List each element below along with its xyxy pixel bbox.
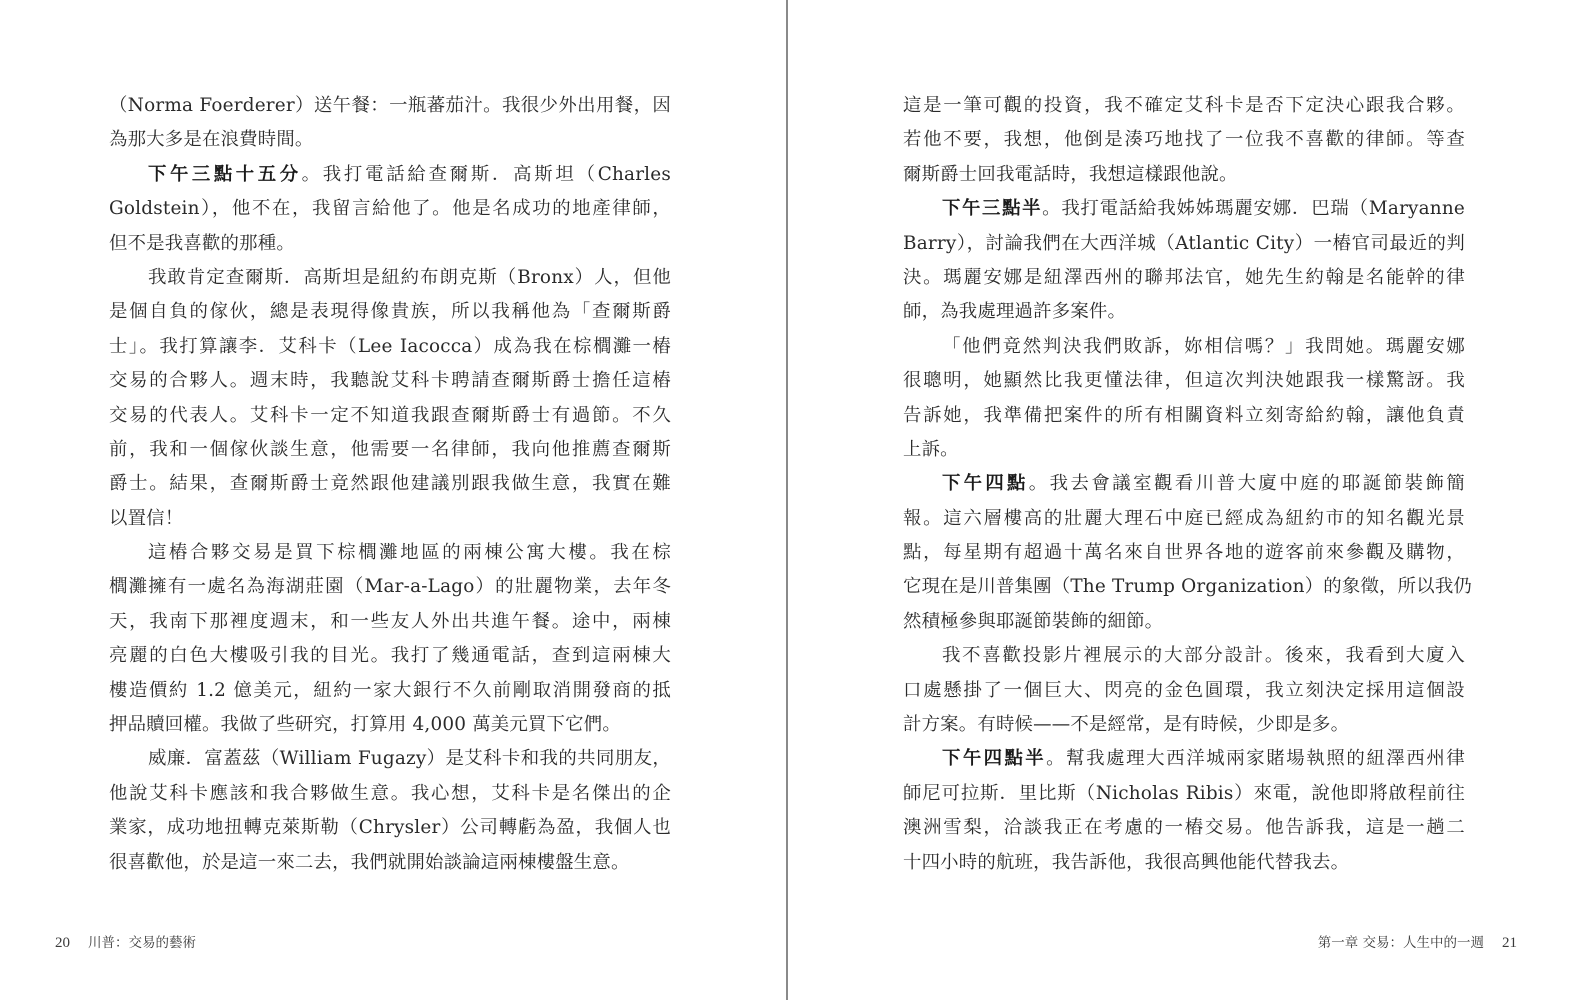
left-page: （Norma Foerderer）送午餐：一瓶蕃茄汁。我很少外出用餐，因為那大多… — [0, 0, 787, 1000]
text-line: 報。這六層樓高的壯麗大理石中庭已經成為紐約市的知名觀光景 — [903, 502, 1465, 536]
text-line: 告訴她，我準備把案件的所有相關資料立刻寄給約翰，讓他負責 — [903, 399, 1465, 433]
line-text: 天，我南下那裡度週末，和一些友人外出共進午餐。途中，兩棟 — [109, 611, 671, 632]
line-text: 這是一筆可觀的投資，我不確定艾科卡是否下定決心跟我合夥。 — [903, 95, 1465, 116]
text-line: 師尼可拉斯．里比斯（Nicholas Ribis）來電，說他即將啟程前往 — [903, 777, 1465, 811]
text-line: 前，我和一個傢伙談生意，他需要一名律師，我向他推薦查爾斯 — [109, 433, 671, 467]
book-gutter-divider — [786, 0, 788, 1000]
line-text: 櫚灘擁有一處名為海湖莊園（Mar-a-Lago）的壯麗物業，去年冬 — [109, 576, 671, 597]
text-line: 下午四點。我去會議室觀看川普大廈中庭的耶誕節裝飾簡 — [903, 467, 1465, 501]
line-text: 押品贖回權。我做了些研究，打算用 4,000 萬美元買下它們。 — [109, 714, 621, 735]
line-text: 業家，成功地扭轉克萊斯勒（Chrysler）公司轉虧為盈，我個人也 — [109, 817, 671, 838]
line-text: 為那大多是在浪費時間。 — [109, 129, 314, 150]
text-line: 口處懸掛了一個巨大、閃亮的金色圓環，我立刻決定採用這個設 — [903, 674, 1465, 708]
time-heading: 下午三點十五分 — [148, 164, 302, 185]
text-line: 這是一筆可觀的投資，我不確定艾科卡是否下定決心跟我合夥。 — [903, 89, 1465, 123]
line-text: 決。瑪麗安娜是紐澤西州的聯邦法官，她先生約翰是名能幹的律 — [903, 267, 1465, 288]
text-line: 然積極參與耶誕節裝飾的細節。 — [903, 605, 1465, 639]
line-text: 交易的代表人。艾科卡一定不知道我跟查爾斯爵士有過節。不久 — [109, 405, 671, 426]
line-text: 。我去會議室觀看川普大廈中庭的耶誕節裝飾簡 — [1029, 473, 1465, 494]
time-heading: 下午四點半 — [942, 748, 1046, 769]
line-text: 我不喜歡投影片裡展示的大部分設計。後來，我看到大廈入 — [942, 645, 1465, 666]
line-text: 我敢肯定查爾斯．高斯坦是紐約布朗克斯（Bronx）人，但他 — [148, 267, 671, 288]
text-line: 「他們竟然判決我們敗訴，妳相信嗎？」我問她。瑪麗安娜 — [903, 330, 1465, 364]
left-page-footer: 20川普：交易的藝術 — [55, 931, 196, 952]
line-text: 這樁合夥交易是買下棕櫚灘地區的兩棟公寓大樓。我在棕 — [148, 542, 671, 563]
line-text: Goldstein），他不在，我留言給他了。他是名成功的地產律師， — [109, 198, 671, 219]
line-text: 澳洲雪梨，洽談我正在考慮的一樁交易。他告訴我，這是一趟二 — [903, 817, 1465, 838]
line-text: 。我打電話給查爾斯．高斯坦（Charles — [302, 164, 671, 185]
line-text: 以置信！ — [109, 508, 183, 529]
line-text: 亮麗的白色大樓吸引我的目光。我打了幾通電話，查到這兩棟大 — [109, 645, 671, 666]
running-title: 川普：交易的藝術 — [88, 935, 196, 951]
text-line: 交易的合夥人。週末時，我聽說艾科卡聘請查爾斯爵士擔任這樁 — [109, 364, 671, 398]
text-line: Goldstein），他不在，我留言給他了。他是名成功的地產律師， — [109, 192, 671, 226]
text-line: 天，我南下那裡度週末，和一些友人外出共進午餐。途中，兩棟 — [109, 605, 671, 639]
line-text: 士」。我打算讓李．艾科卡（Lee Iacocca）成為我在棕櫚灘一樁 — [109, 336, 671, 357]
text-line: 爵士。結果，查爾斯爵士竟然跟他建議別跟我做生意，我實在難 — [109, 467, 671, 501]
text-line: 以置信！ — [109, 502, 671, 536]
page-number: 20 — [55, 935, 70, 951]
line-text: 很聰明，她顯然比我更懂法律，但這次判決她跟我一樣驚訝。我 — [903, 370, 1465, 391]
line-text: 但不是我喜歡的那種。 — [109, 233, 295, 254]
text-line: 是個自負的傢伙，總是表現得像貴族，所以我稱他為「查爾斯爵 — [109, 295, 671, 329]
line-text: 然積極參與耶誕節裝飾的細節。 — [903, 611, 1163, 632]
line-text: 他說艾科卡應該和我合夥做生意。我心想，艾科卡是名傑出的企 — [109, 783, 671, 804]
line-text: 「他們竟然判決我們敗訴，妳相信嗎？」我問她。瑪麗安娜 — [942, 336, 1465, 357]
text-line: Barry），討論我們在大西洋城（Atlantic City）一樁官司最近的判 — [903, 227, 1465, 261]
line-text: 。我打電話給我姊姊瑪麗安娜．巴瑞（Maryanne — [1042, 198, 1465, 219]
left-page-body: （Norma Foerderer）送午餐：一瓶蕃茄汁。我很少外出用餐，因為那大多… — [109, 89, 671, 880]
line-text: 爵士。結果，查爾斯爵士竟然跟他建議別跟我做生意，我實在難 — [109, 473, 671, 494]
line-text: 。幫我處理大西洋城兩家賭場執照的紐澤西州律 — [1046, 748, 1465, 769]
text-line: 決。瑪麗安娜是紐澤西州的聯邦法官，她先生約翰是名能幹的律 — [903, 261, 1465, 295]
text-line: 交易的代表人。艾科卡一定不知道我跟查爾斯爵士有過節。不久 — [109, 399, 671, 433]
text-line: 下午四點半。幫我處理大西洋城兩家賭場執照的紐澤西州律 — [903, 742, 1465, 776]
text-line: 但不是我喜歡的那種。 — [109, 227, 671, 261]
text-line: 十四小時的航班，我告訴他，我很高興他能代替我去。 — [903, 846, 1465, 880]
line-text: 爾斯爵士回我電話時，我想這樣跟他說。 — [903, 164, 1238, 185]
text-line: 業家，成功地扭轉克萊斯勒（Chrysler）公司轉虧為盈，我個人也 — [109, 811, 671, 845]
text-line: 樓造價約 1.2 億美元，紐約一家大銀行不久前剛取消開發商的抵 — [109, 674, 671, 708]
text-line: （Norma Foerderer）送午餐：一瓶蕃茄汁。我很少外出用餐，因 — [109, 89, 671, 123]
text-line: 這樁合夥交易是買下棕櫚灘地區的兩棟公寓大樓。我在棕 — [109, 536, 671, 570]
line-text: 前，我和一個傢伙談生意，他需要一名律師，我向他推薦查爾斯 — [109, 439, 671, 460]
line-text: 師尼可拉斯．里比斯（Nicholas Ribis）來電，說他即將啟程前往 — [903, 783, 1465, 804]
text-line: 點，每星期有超過十萬名來自世界各地的遊客前來參觀及購物， — [903, 536, 1465, 570]
line-text: 樓造價約 1.2 億美元，紐約一家大銀行不久前剛取消開發商的抵 — [109, 680, 671, 701]
right-page-body: 這是一筆可觀的投資，我不確定艾科卡是否下定決心跟我合夥。若他不要，我想，他倒是湊… — [903, 89, 1465, 880]
line-text: 上訴。 — [903, 439, 959, 460]
text-line: 上訴。 — [903, 433, 1465, 467]
line-text: 很喜歡他，於是這一來二去，我們就開始談論這兩棟樓盤生意。 — [109, 852, 630, 873]
line-text: 它現在是川普集團（The Trump Organization）的象徵，所以我仍 — [903, 576, 1472, 597]
text-line: 我敢肯定查爾斯．高斯坦是紐約布朗克斯（Bronx）人，但他 — [109, 261, 671, 295]
text-line: 下午三點十五分。我打電話給查爾斯．高斯坦（Charles — [109, 158, 671, 192]
page-number: 21 — [1502, 935, 1517, 951]
text-line: 澳洲雪梨，洽談我正在考慮的一樁交易。他告訴我，這是一趟二 — [903, 811, 1465, 845]
text-line: 很喜歡他，於是這一來二去，我們就開始談論這兩棟樓盤生意。 — [109, 846, 671, 880]
text-line: 櫚灘擁有一處名為海湖莊園（Mar-a-Lago）的壯麗物業，去年冬 — [109, 570, 671, 604]
text-line: 士」。我打算讓李．艾科卡（Lee Iacocca）成為我在棕櫚灘一樁 — [109, 330, 671, 364]
text-line: 我不喜歡投影片裡展示的大部分設計。後來，我看到大廈入 — [903, 639, 1465, 673]
line-text: 若他不要，我想，他倒是湊巧地找了一位我不喜歡的律師。等查 — [903, 129, 1465, 150]
time-heading: 下午四點 — [942, 473, 1029, 494]
line-text: 口處懸掛了一個巨大、閃亮的金色圓環，我立刻決定採用這個設 — [903, 680, 1465, 701]
line-text: 報。這六層樓高的壯麗大理石中庭已經成為紐約市的知名觀光景 — [903, 508, 1465, 529]
line-text: 計方案。有時候——不是經常，是有時候，少即是多。 — [903, 714, 1349, 735]
text-line: 威廉．富蓋茲（William Fugazy）是艾科卡和我的共同朋友， — [109, 742, 671, 776]
text-line: 亮麗的白色大樓吸引我的目光。我打了幾通電話，查到這兩棟大 — [109, 639, 671, 673]
text-line: 為那大多是在浪費時間。 — [109, 123, 671, 157]
line-text: Barry），討論我們在大西洋城（Atlantic City）一樁官司最近的判 — [903, 233, 1465, 254]
line-text: 師，為我處理過許多案件。 — [903, 301, 1126, 322]
time-heading: 下午三點半 — [942, 198, 1042, 219]
text-line: 若他不要，我想，他倒是湊巧地找了一位我不喜歡的律師。等查 — [903, 123, 1465, 157]
text-line: 計方案。有時候——不是經常，是有時候，少即是多。 — [903, 708, 1465, 742]
line-text: 交易的合夥人。週末時，我聽說艾科卡聘請查爾斯爵士擔任這樁 — [109, 370, 671, 391]
text-line: 他說艾科卡應該和我合夥做生意。我心想，艾科卡是名傑出的企 — [109, 777, 671, 811]
right-page: 這是一筆可觀的投資，我不確定艾科卡是否下定決心跟我合夥。若他不要，我想，他倒是湊… — [789, 0, 1571, 1000]
text-line: 師，為我處理過許多案件。 — [903, 295, 1465, 329]
text-line: 爾斯爵士回我電話時，我想這樣跟他說。 — [903, 158, 1465, 192]
line-text: （Norma Foerderer）送午餐：一瓶蕃茄汁。我很少外出用餐，因 — [109, 95, 671, 116]
right-page-footer: 第一章 交易：人生中的一週21 — [1318, 931, 1517, 952]
text-line: 下午三點半。我打電話給我姊姊瑪麗安娜．巴瑞（Maryanne — [903, 192, 1465, 226]
text-line: 很聰明，她顯然比我更懂法律，但這次判決她跟我一樣驚訝。我 — [903, 364, 1465, 398]
line-text: 十四小時的航班，我告訴他，我很高興他能代替我去。 — [903, 852, 1349, 873]
line-text: 威廉．富蓋茲（William Fugazy）是艾科卡和我的共同朋友， — [148, 748, 671, 769]
text-line: 押品贖回權。我做了些研究，打算用 4,000 萬美元買下它們。 — [109, 708, 671, 742]
running-title: 第一章 交易：人生中的一週 — [1318, 935, 1484, 951]
line-text: 告訴她，我準備把案件的所有相關資料立刻寄給約翰，讓他負責 — [903, 405, 1465, 426]
line-text: 點，每星期有超過十萬名來自世界各地的遊客前來參觀及購物， — [903, 542, 1465, 563]
text-line: 它現在是川普集團（The Trump Organization）的象徵，所以我仍 — [903, 570, 1465, 604]
line-text: 是個自負的傢伙，總是表現得像貴族，所以我稱他為「查爾斯爵 — [109, 301, 671, 322]
